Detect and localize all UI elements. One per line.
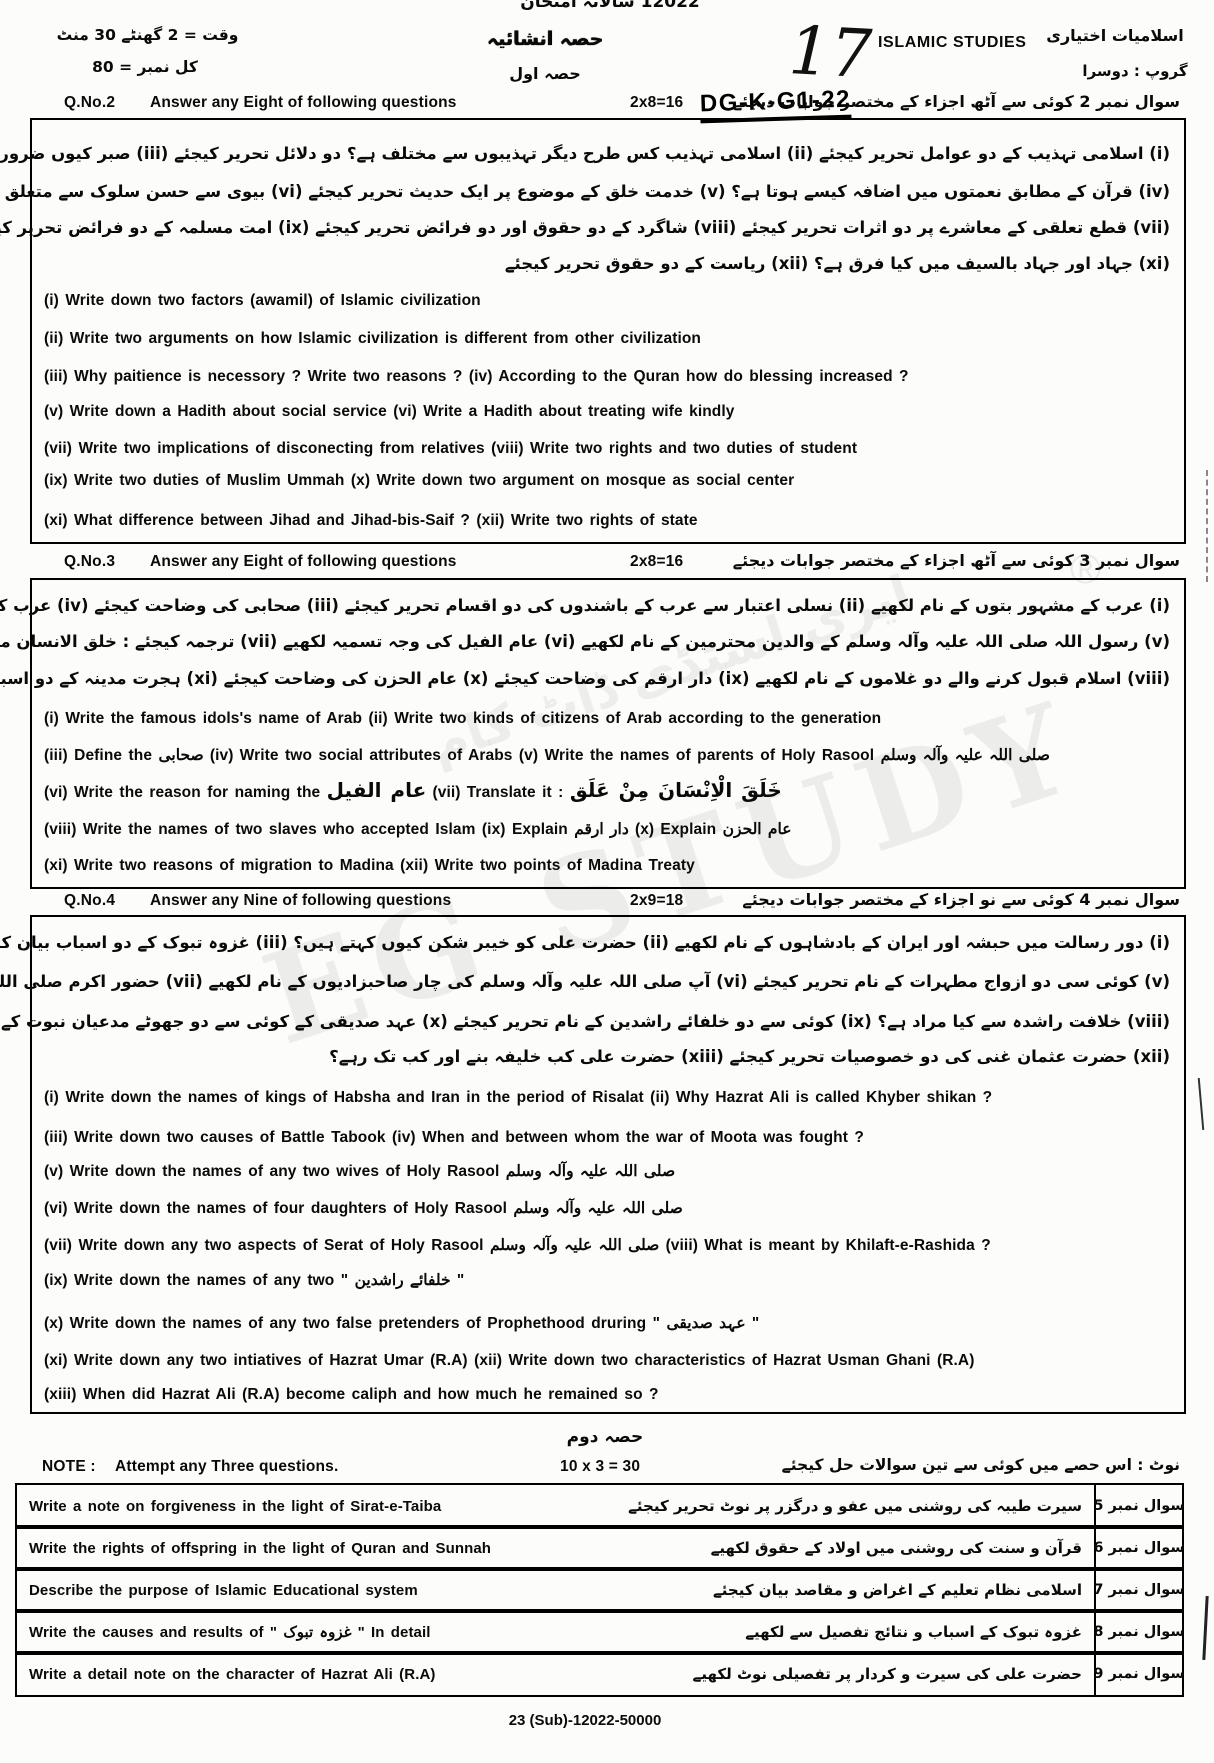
table-row-q7: Describe the purpose of Islamic Educatio… xyxy=(15,1567,1184,1613)
q3-urdu-line: (i) عرب کے مشہور بتوں کے نام لکھیے (ii) … xyxy=(0,596,1170,615)
verse-mid: (vii) Translate it : xyxy=(426,784,570,801)
q3-instruction-en: Answer any Eight of following questions xyxy=(150,553,457,571)
verse-prefix: (vi) Write the reason for naming the xyxy=(44,784,327,801)
q8-number: سوال نمبر 8 xyxy=(1093,1624,1184,1640)
q9-statement-ur: حضرت علی کی سیرت و کردار پر تفصیلی نوٹ ل… xyxy=(693,1665,1082,1683)
q4-instruction-ur: سوال نمبر 4 کوئی سے نو اجزاء کے مختصر جو… xyxy=(742,890,1180,909)
note-instruction-en: Attempt any Three questions. xyxy=(115,1458,339,1476)
q4-english-item: (vi) Write down the names of four daught… xyxy=(44,1199,683,1218)
q9-number: سوال نمبر 9 xyxy=(1093,1666,1184,1682)
q4-english-item: (i) Write down the names of kings of Hab… xyxy=(44,1089,992,1107)
header-group: گروپ : دوسرا xyxy=(1080,62,1190,80)
page-top-cut-text: 12022 سالانہ امتحان xyxy=(430,0,790,13)
q2-question-box: (i) اسلامی تہذیب کے دو عوامل تحریر کیجئے… xyxy=(30,118,1186,544)
q4-urdu-line: (xii) حضرت عثمان غنی کی دو خصوصیات تحریر… xyxy=(329,1047,1170,1066)
q2-urdu-line: (xi) جہاد اور جہاد بالسیف میں کیا فرق ہے… xyxy=(505,254,1170,273)
q3-english-item: (viii) Write the names of two slaves who… xyxy=(44,820,791,839)
q4-english-item: (vii) Write down any two aspects of Sera… xyxy=(44,1236,991,1255)
q2-english-item: (xi) What difference between Jihad and J… xyxy=(44,512,698,530)
footer-print-code: 23 (Sub)-12022-50000 xyxy=(0,1712,1170,1729)
q2-label: Q.No.2 xyxy=(64,94,115,112)
table-row-q9: Write a detail note on the character of … xyxy=(15,1651,1184,1697)
q2-english-item: (v) Write down a Hadith about social ser… xyxy=(44,403,735,421)
header-time: وقت = 2 گھنٹے 30 منٹ xyxy=(50,26,245,44)
q2-english-item: (i) Write down two factors (awamil) of I… xyxy=(44,292,481,310)
q4-instruction-en: Answer any Nine of following questions xyxy=(150,892,451,910)
header-total-marks: کل نمبر = 80 xyxy=(80,58,210,76)
header-section-title: حصہ انشائیہ xyxy=(460,28,630,50)
q4-english-item: (xiii) When did Hazrat Ali (R.A) become … xyxy=(44,1386,659,1404)
q4-english-item: (xi) Write down any two intiatives of Ha… xyxy=(44,1352,974,1370)
q3-question-box: (i) عرب کے مشہور بتوں کے نام لکھیے (ii) … xyxy=(30,578,1186,889)
q4-marks: 2x9=18 xyxy=(630,892,683,910)
q4-urdu-line: (viii) خلافت راشدہ سے کیا مراد ہے؟ (ix) … xyxy=(0,1012,1170,1031)
q3-label: Q.No.3 xyxy=(64,553,115,571)
q4-urdu-line: (i) دور رسالت میں حبشہ اور ایران کے بادش… xyxy=(0,933,1170,952)
q7-number: سوال نمبر 7 xyxy=(1093,1582,1184,1598)
q4-english-item: (x) Write down the names of any two fals… xyxy=(44,1314,759,1333)
header-section-sub: حصہ اول xyxy=(495,64,595,83)
header-subject-en: ISLAMIC STUDIES xyxy=(878,34,1027,52)
q2-english-item: (ix) Write two duties of Muslim Ummah (x… xyxy=(44,472,794,490)
q2-marks: 2x8=16 xyxy=(630,94,683,112)
table-row-q6: Write the rights of offspring in the lig… xyxy=(15,1525,1184,1571)
q4-urdu-line: (v) کوئی سی دو ازواج مطہرات کے نام تحریر… xyxy=(0,972,1170,991)
note-marks: 10 x 3 = 30 xyxy=(560,1458,640,1476)
q4-english-item: (iii) Write down two causes of Battle Ta… xyxy=(44,1129,864,1147)
q5-number: سوال نمبر 5 xyxy=(1093,1498,1184,1514)
q6-statement-ur: قرآن و سنت کی روشنی میں اولاد کے حقوق لک… xyxy=(711,1539,1082,1557)
top-cut-label: 12022 سالانہ امتحان xyxy=(520,0,700,12)
exam-paper-page: ایزی اسٹڈی ڈاٹ کام EG STUDY ® 12022 سالا… xyxy=(0,0,1214,1763)
scan-edge-artifact xyxy=(1206,470,1208,582)
scan-edge-artifact xyxy=(1202,1596,1208,1660)
q7-statement-ur: اسلامی نظام تعلیم کے اغراض و مقاصد بیان … xyxy=(713,1581,1082,1599)
note-label: NOTE : xyxy=(42,1458,96,1476)
q3-urdu-line: (v) رسول اللہ صلی اللہ علیہ وآلہ وسلم کے… xyxy=(0,632,1170,651)
q8-statement-en: Write the causes and results of " غزوہ ت… xyxy=(29,1623,431,1641)
q2-english-item: (vii) Write two implications of disconec… xyxy=(44,440,857,458)
q5-statement-en: Write a note on forgiveness in the light… xyxy=(29,1498,441,1515)
q9-statement-en: Write a detail note on the character of … xyxy=(29,1666,436,1683)
q4-english-item: (v) Write down the names of any two wive… xyxy=(44,1162,675,1181)
handwritten-page-mark: 17 xyxy=(780,12,881,93)
part2-title: حصہ دوم xyxy=(520,1426,690,1447)
note-instruction-ur: نوٹ : اس حصے میں کوئی سے تین سوالات حل ک… xyxy=(782,1456,1180,1474)
q4-question-box: (i) دور رسالت میں حبشہ اور ایران کے بادش… xyxy=(30,915,1186,1414)
table-row-q8: Write the causes and results of " غزوہ ت… xyxy=(15,1609,1184,1655)
aam-ul-feel-term: عام الفیل xyxy=(327,778,427,802)
q6-number: سوال نمبر 6 xyxy=(1093,1540,1184,1556)
table-row-q5: Write a note on forgiveness in the light… xyxy=(15,1483,1184,1529)
q3-english-verse-item: (vi) Write the reason for naming the عام… xyxy=(44,778,782,802)
q3-english-item: (iii) Define the صحابی (iv) Write two so… xyxy=(44,746,1050,765)
header-subject-ur: اسلامیات اختیاری xyxy=(1040,26,1190,45)
quran-verse-arabic: خَلَقَ الْاِنْسَانَ مِنْ عَلَق xyxy=(570,778,782,802)
q3-english-item: (i) Write the famous idols's name of Ara… xyxy=(44,710,881,728)
q2-urdu-line: (vii) قطع تعلقی کے معاشرے پر دو اثرات تح… xyxy=(0,218,1170,237)
q3-instruction-ur: سوال نمبر 3 کوئی سے آٹھ اجزاء کے مختصر ج… xyxy=(733,551,1180,570)
q4-label: Q.No.4 xyxy=(64,892,115,910)
q2-urdu-line: (iv) قرآن کے مطابق نعمتوں میں اضافہ کیسے… xyxy=(0,182,1170,201)
q3-urdu-line: (viii) اسلام قبول کرنے والے دو غلاموں کے… xyxy=(0,669,1170,688)
q2-english-item: (ii) Write two arguments on how Islamic … xyxy=(44,330,701,348)
q7-statement-en: Describe the purpose of Islamic Educatio… xyxy=(29,1582,418,1599)
q3-marks: 2x8=16 xyxy=(630,553,683,571)
q2-instruction-en: Answer any Eight of following questions xyxy=(150,94,457,112)
q3-english-item: (xi) Write two reasons of migration to M… xyxy=(44,857,695,875)
q6-statement-en: Write the rights of offspring in the lig… xyxy=(29,1540,491,1557)
q4-english-item: (ix) Write down the names of any two " خ… xyxy=(44,1271,464,1290)
q5-statement-ur: سیرت طیبہ کی روشنی میں عفو و درگزر پر نو… xyxy=(628,1497,1082,1515)
q8-statement-ur: غزوہ تبوک کے اسباب و نتائج تفصیل سے لکھی… xyxy=(745,1623,1082,1641)
scan-edge-artifact xyxy=(1198,1078,1205,1130)
q2-urdu-line: (i) اسلامی تہذیب کے دو عوامل تحریر کیجئے… xyxy=(0,144,1170,163)
q2-instruction-ur: سوال نمبر 2 کوئی سے آٹھ اجزاء کے مختصر ج… xyxy=(733,92,1180,111)
q2-english-item: (iii) Why paitience is necessory ? Write… xyxy=(44,368,909,386)
